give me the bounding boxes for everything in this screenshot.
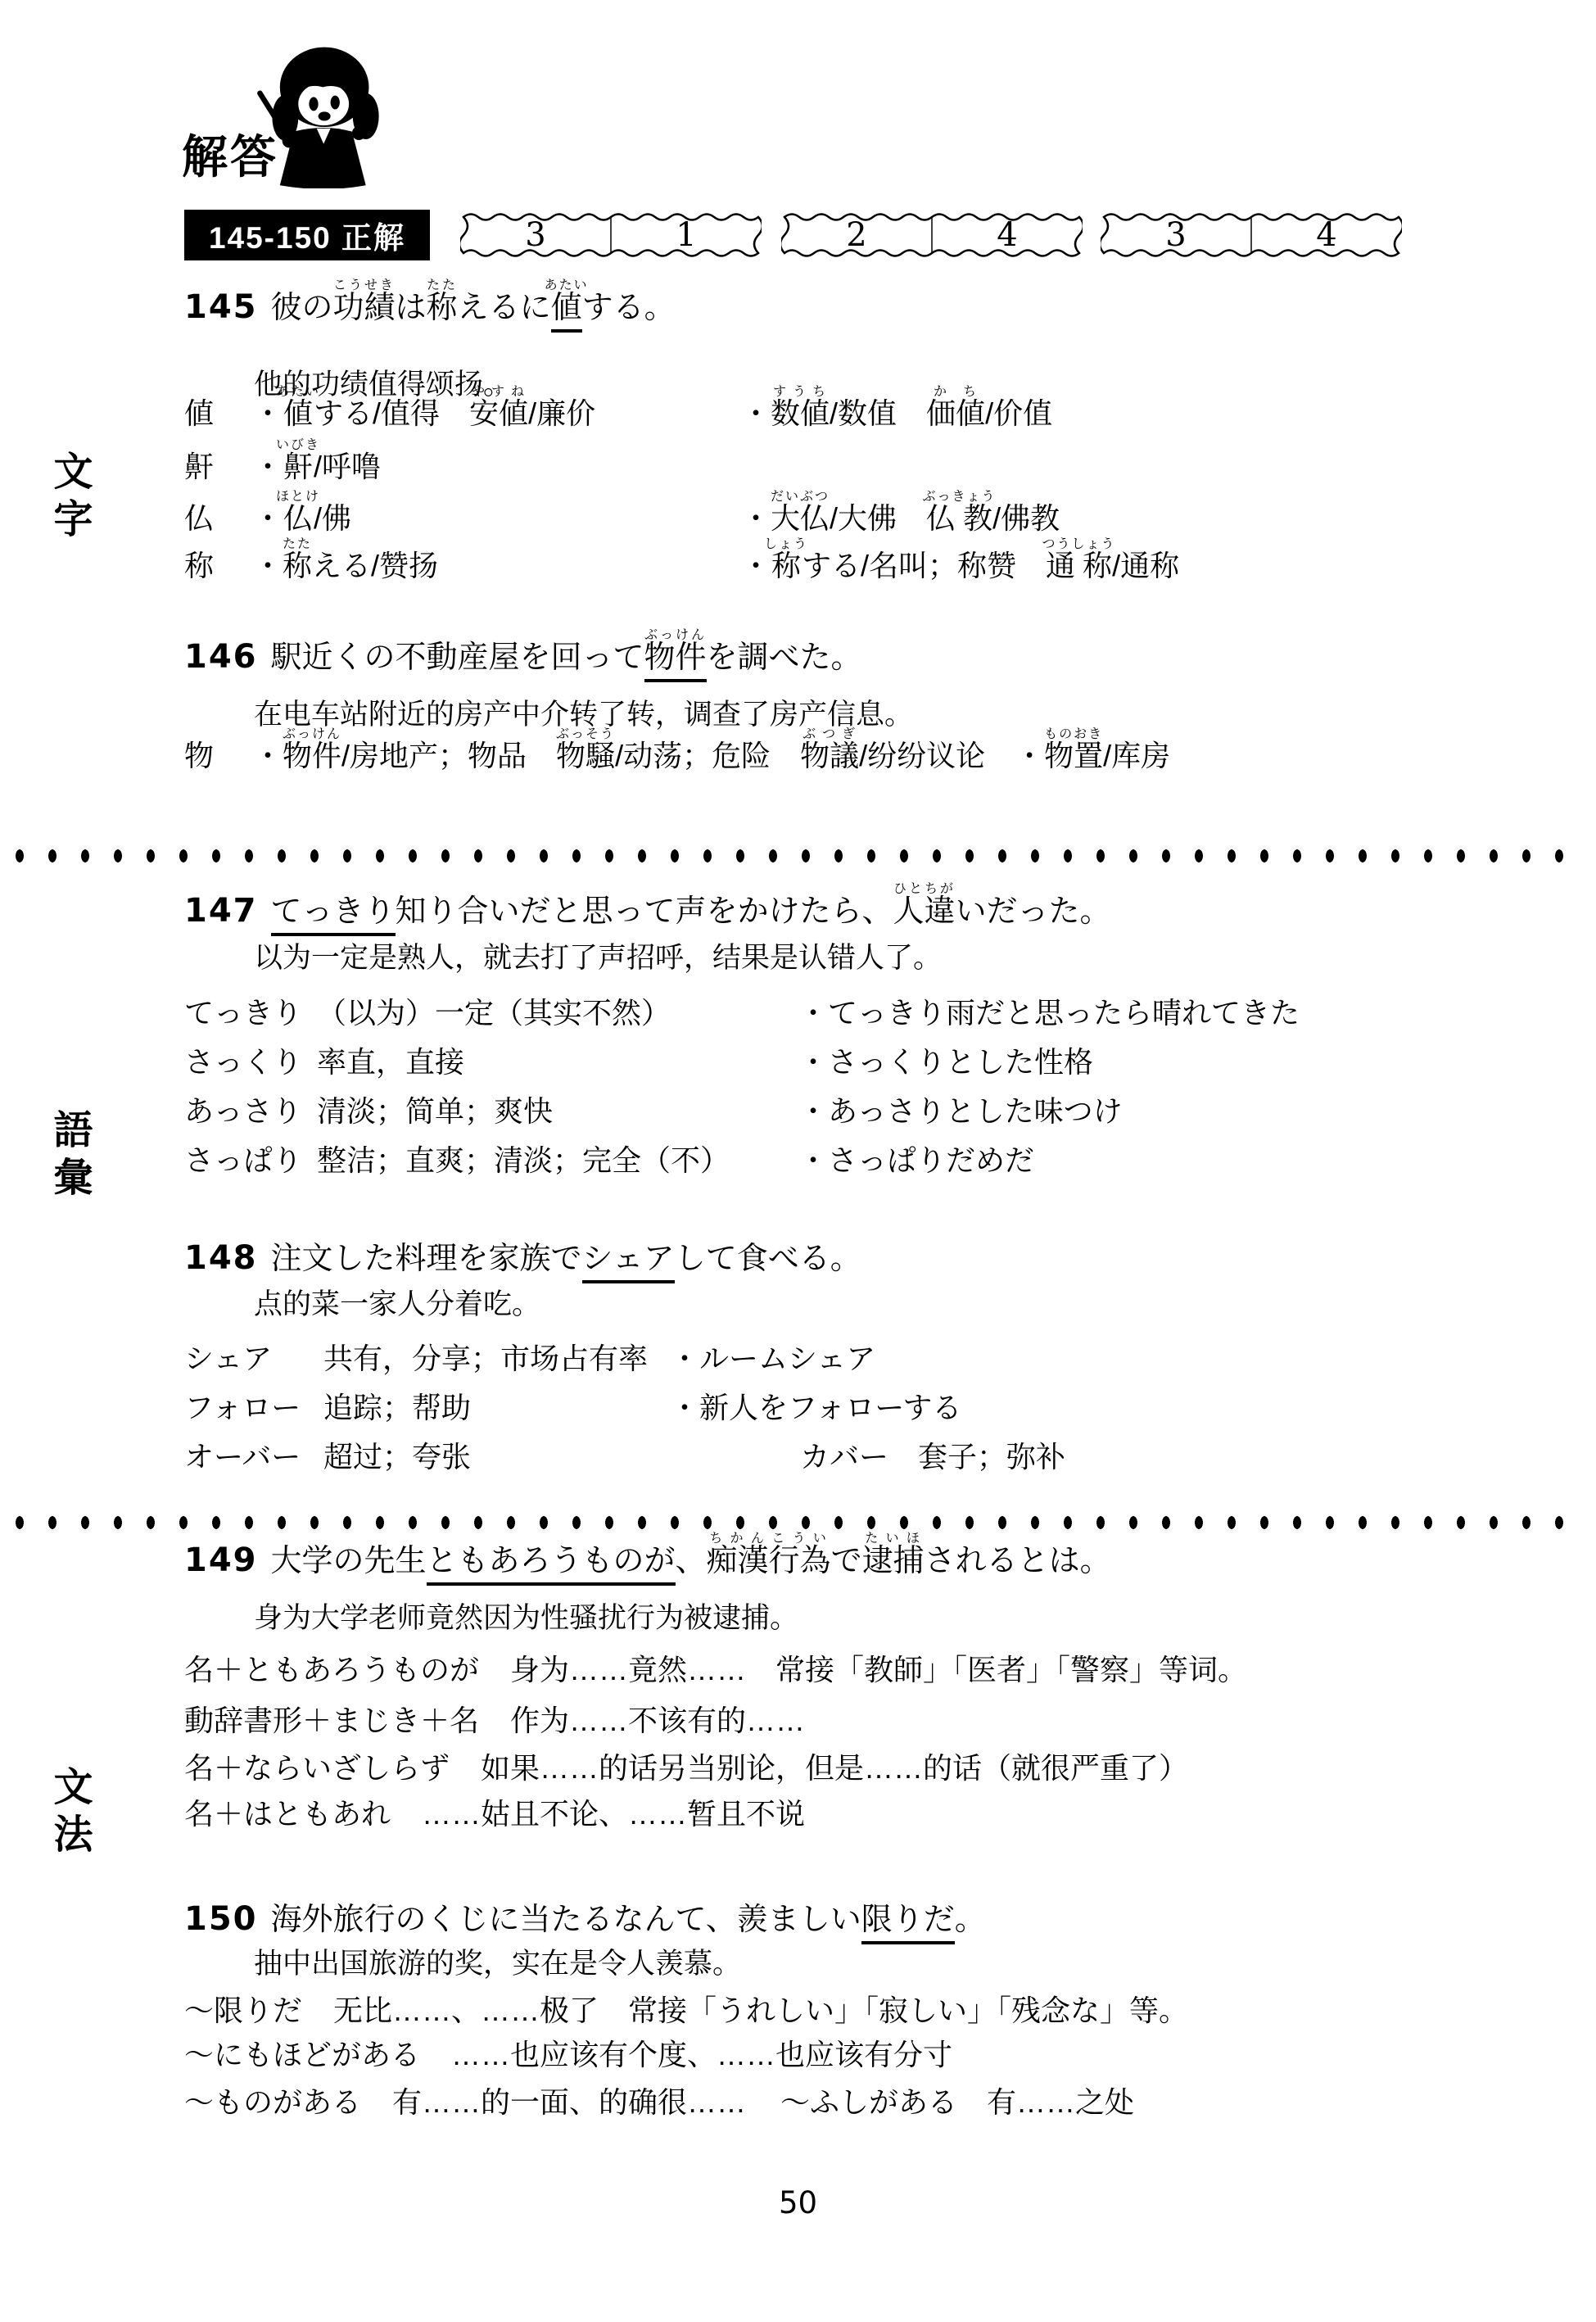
entry-col1: ・値あたいする/值得 安値やすね/廉价 xyxy=(253,396,595,430)
dotted-separator xyxy=(13,849,1583,863)
entry-col2: ・大仏だいぶつ/大佛 仏教ぶっきょう/佛教 xyxy=(741,490,1060,535)
vocab-row: オーバー超过；夸张 カバー套子；弥补 xyxy=(184,1440,471,1473)
translation-line: 抽中出国旅游的奖，实在是令人羡慕。 xyxy=(254,1948,741,1980)
vocab-example: ・新人をフォローする xyxy=(670,1391,961,1424)
entry-col1: ・称たたえる/赞扬 xyxy=(253,549,438,582)
vocab-row: フォロー追踪；帮助 ・新人をフォローする xyxy=(184,1391,471,1424)
answer-cell: 1 xyxy=(611,210,762,260)
entry-row: 値・値あたいする/值得 安値やすね/廉价 ・数値すうち/数值 価値かち/价值 xyxy=(184,385,595,430)
head-kanji: 仏 xyxy=(184,501,253,535)
grammar-row: 動辞書形＋まじき＋名作为……不该有的…… xyxy=(184,1704,805,1737)
question-sentence: てっきり知り合いだと思って声をかけたら、人違ひとちがいだった。 xyxy=(271,894,1111,936)
dotted-separator xyxy=(13,1515,1583,1530)
grammar-row: ～ものがある有……的一面、的确很……～ふしがある有……之处 xyxy=(184,2085,1134,2119)
page-number: 50 xyxy=(0,2185,1596,2220)
head-kanji: 鼾 xyxy=(184,450,253,483)
grammar-pattern: ～にもほどがある xyxy=(184,2038,420,2071)
translation-line: 点的菜一家人分着吃。 xyxy=(254,1288,540,1321)
question-number: 145 xyxy=(184,288,258,326)
vocab-meaning: 超过；夸张 xyxy=(323,1440,471,1473)
question-number: 146 xyxy=(184,638,258,676)
answer-box-3: 3 4 xyxy=(1101,210,1402,260)
grammar-pattern: 名＋ならいざしらず xyxy=(184,1751,450,1785)
vocab-word: てっきり xyxy=(184,996,317,1030)
vocab-row: シェア共有，分享；市场占有率 ・ルームシェア xyxy=(184,1342,648,1375)
grammar-pattern: ～ものがある xyxy=(184,2085,361,2119)
entry-row: 称・称たたえる/赞扬 ・称しょうする/名叫；称赞 通称つうしょう/通称 xyxy=(184,537,438,582)
vocab-row: てっきり（以为）一定（其实不然） ・てっきり雨だと思ったら晴れてきた xyxy=(184,996,671,1030)
vocab-word: カバー xyxy=(800,1440,918,1473)
sidebar-label-bunpo: 文法 xyxy=(41,1766,97,1861)
grammar-row: 名＋ともあろうものが身为……竟然…… 常接「教師」「医者」「警察」等词。 xyxy=(184,1653,1247,1686)
entry-col2: ・称しょうする/名叫；称赞 通称つうしょう/通称 xyxy=(741,537,1179,582)
grammar-meaning: 有……的一面、的确很…… xyxy=(392,2085,746,2119)
grammar-row: 名＋ならいざしらず如果……的话另当别论，但是……的话（就很严重了） xyxy=(184,1751,1188,1785)
grammar-row: 名＋はともあれ……姑且不论、……暂且不说 xyxy=(184,1797,805,1831)
vocab-word: あっさり xyxy=(184,1094,317,1128)
vocab-meaning: 共有，分享；市场占有率 xyxy=(323,1342,648,1375)
answer-cell: 2 xyxy=(781,210,932,260)
question-sentence: 駅近くの不動産屋を回って物件ぶっけんを調べた。 xyxy=(271,640,862,682)
question-sentence: 海外旅行のくじに当たるなんて、羨ましい限りだ。 xyxy=(271,1903,986,1944)
grammar-meaning: 身为……竟然…… 常接「教師」「医者」「警察」等词。 xyxy=(510,1653,1247,1686)
vocab-row: あっさり清淡；简单；爽快 ・あっさりとした味つけ xyxy=(184,1094,553,1128)
page-title: 解答 xyxy=(182,121,278,187)
grammar-pattern: 動辞書形＋まじき＋名 xyxy=(184,1704,479,1737)
entry-col1: ・仏ほとけ/佛 xyxy=(253,501,351,535)
grammar-meaning: 有……之处 xyxy=(987,2085,1134,2119)
vocab-word: オーバー xyxy=(184,1440,323,1473)
head-kanji: 称 xyxy=(184,549,253,582)
head-kanji: 値 xyxy=(184,396,253,430)
question-number: 148 xyxy=(184,1239,258,1277)
grammar-row: ～にもほどがある……也应该有个度、……也应该有分寸 xyxy=(184,2038,952,2071)
grammar-meaning: ……也应该有个度、……也应该有分寸 xyxy=(451,2038,952,2071)
answer-box-2: 2 4 xyxy=(781,210,1083,260)
vocab-example: ・さっぱりだめだ xyxy=(798,1143,1034,1177)
question-number: 147 xyxy=(184,892,258,930)
question-sentence: 注文した料理を家族でシェアして食べる。 xyxy=(271,1242,861,1283)
sidebar-label-moji: 文字 xyxy=(41,450,97,545)
entry-row: 物・物件ぶっけん/房地产；物品 物騒ぶっそう/动荡；危险 物議ぶつぎ/纷纷议论 … xyxy=(184,727,1170,772)
grammar-meaning: 作为……不该有的…… xyxy=(510,1704,805,1737)
entry-col1: ・物件ぶっけん/房地产；物品 物騒ぶっそう/动荡；危险 物議ぶつぎ/纷纷议论 ・… xyxy=(253,739,1170,772)
answer-key-label: 145-150 正解 xyxy=(184,210,430,260)
entry-col1: ・鼾いびき/呼噜 xyxy=(253,450,381,483)
vocab-meaning: 整洁；直爽；清淡；完全（不） xyxy=(317,1143,730,1177)
vocab-example: ・ルームシェア xyxy=(670,1342,875,1375)
grammar-pattern: ～ふしがある xyxy=(780,2085,957,2119)
grammar-row: ～限りだ无比……、……极了 常接「うれしい」「寂しい」「残念な」等。 xyxy=(184,1994,1188,2027)
translation-line: 以为一定是熟人，就去打了声招呼，结果是认错人了。 xyxy=(254,942,942,975)
vocab-meaning: 套子；弥补 xyxy=(918,1440,1065,1473)
vocab-row: さっくり率直，直接 ・さっくりとした性格 xyxy=(184,1045,464,1079)
vocab-row: さっぱり整洁；直爽；清淡；完全（不） ・さっぱりだめだ xyxy=(184,1143,730,1177)
question-number: 150 xyxy=(184,1900,258,1938)
answer-cell: 4 xyxy=(932,210,1083,260)
vocab-meaning: （以为）一定（其实不然） xyxy=(317,996,671,1030)
sidebar-label-goi: 語彙 xyxy=(41,1109,97,1204)
grammar-pattern: 名＋はともあれ xyxy=(184,1797,391,1831)
vocab-word: フォロー xyxy=(184,1391,323,1424)
textbook-answer-page: 文字 語彙 文法 解答 145-150 正解 3 1 xyxy=(0,0,1596,2322)
vocab-word: さっぱり xyxy=(184,1143,317,1177)
answer-cell: 3 xyxy=(1101,210,1251,260)
answer-cell: 4 xyxy=(1251,210,1402,260)
entry-row: 仏・仏ほとけ/佛 ・大仏だいぶつ/大佛 仏教ぶっきょう/佛教 xyxy=(184,490,351,535)
vocab-meaning: 率直，直接 xyxy=(317,1045,464,1079)
vocab-word: シェア xyxy=(184,1342,323,1375)
entry-col2: ・数値すうち/数值 価値かち/价值 xyxy=(741,385,1052,430)
translation-line: 身为大学老师竟然因为性骚扰行为被逮捕。 xyxy=(254,1602,798,1635)
question-sentence: 彼の功績こうせきは称たたえるに値あたいする。 xyxy=(271,291,676,333)
answer-cell: 3 xyxy=(460,210,611,260)
vocab-meaning: 追踪；帮助 xyxy=(323,1391,471,1424)
grammar-meaning: 如果……的话另当别论，但是……的话（就很严重了） xyxy=(481,1751,1188,1785)
vocab-word: さっくり xyxy=(184,1045,317,1079)
grammar-meaning: ……姑且不论、……暂且不说 xyxy=(422,1797,805,1831)
vocab-example: ・さっくりとした性格 xyxy=(798,1045,1093,1079)
grammar-pattern: 名＋ともあろうものが xyxy=(184,1653,479,1686)
answer-box-1: 3 1 xyxy=(460,210,762,260)
vocab-extra-pair: カバー套子；弥补 xyxy=(800,1440,1065,1473)
grammar-meaning: 无比……、……极了 常接「うれしい」「寂しい」「残念な」等。 xyxy=(333,1994,1188,2027)
question-number: 149 xyxy=(184,1541,258,1579)
question-sentence: 大学の先生ともあろうものが、痴漢行為ちかんこういで逮捕たいほされるとは。 xyxy=(271,1544,1111,1586)
vocab-example: ・てっきり雨だと思ったら晴れてきた xyxy=(798,996,1300,1030)
entry-row: 鼾・鼾いびき/呼噜 xyxy=(184,438,381,483)
vocab-example: ・あっさりとした味つけ xyxy=(798,1094,1123,1128)
vocab-meaning: 清淡；简单；爽快 xyxy=(317,1094,553,1128)
grammar-pattern: ～限りだ xyxy=(184,1994,302,2027)
head-kanji: 物 xyxy=(184,739,253,772)
